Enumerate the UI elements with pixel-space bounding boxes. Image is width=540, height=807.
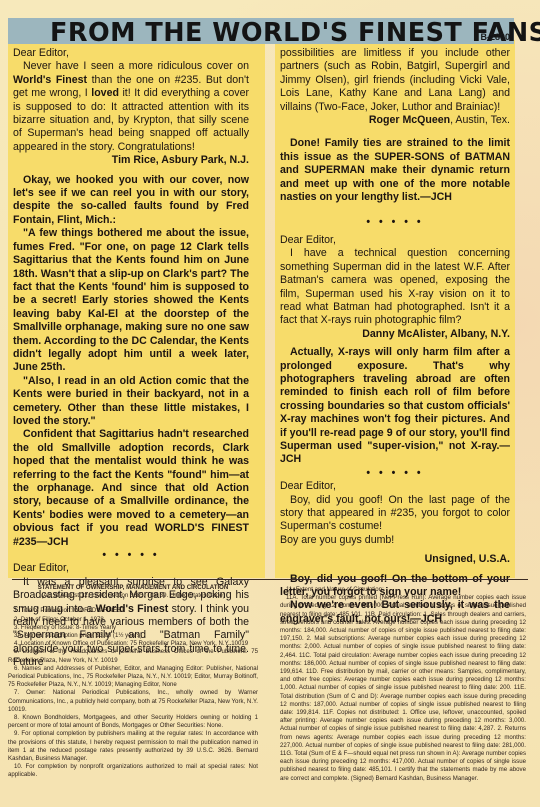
separator-dots: • • • • • [280,216,510,229]
reply3: Actually, X-rays will only harm film aft… [280,346,510,467]
letter4-body2: Boy are you guys dumb! [280,534,510,547]
statement-item: 1. Title of Publication: WORLD'S FINEST [8,607,258,615]
letter4-signature: Unsigned, U.S.A. [280,553,510,566]
statement-subheading: (Act of August 12, 1970: Section 3685. T… [8,592,258,600]
statement-item: 9. For optional completion by publishers… [8,730,258,763]
letter3-signature: Danny McAlister, Albany, N.Y. [280,328,510,341]
comic-letters-page: FROM THE WORLD'S FINEST FANS B-2800 Dear… [0,0,540,807]
letter4-body: Boy, did you goof! On the last page of t… [280,494,510,534]
statement-item: 3. Frequency of Issue: 8-Times Yearly [8,624,258,632]
letter3-body: I have a technical question concerning s… [280,247,510,327]
separator-dots: • • • • • [13,549,249,562]
reply1-answer: Confident that Sagittarius hadn't resear… [13,428,249,549]
letter3-salutation: Dear Editor, [280,234,510,247]
statement-item: 6. Names and Addresses of Publisher, Edi… [8,665,258,690]
letter1-body: Never have I seen a more ridiculous cove… [13,60,249,154]
letter2-salutation: Dear Editor, [13,562,249,575]
letter4-salutation: Dear Editor, [280,480,510,493]
banner-code: B-2800 [480,32,510,42]
reply1-quote1: "A few things bothered me about the issu… [13,227,249,374]
statement-item: 5. Location of the Headquarters or Gener… [8,648,258,664]
statement-item: 4. Location of Known Office of Publicati… [8,640,258,648]
reply1-intro: Okay, we hooked you with our cover, now … [13,174,249,228]
right-column: possibilities are limitless if you inclu… [280,47,510,626]
letter2-continued: possibilities are limitless if you inclu… [280,47,510,114]
reply2: Done! Family ties are strained to the li… [280,137,510,204]
statement-item: 10. For completion by nonprofit organiza… [8,763,258,779]
separator-dots: • • • • • [280,467,510,480]
statement-right: 11. Extent and Nature of Circulation: 11… [280,586,526,783]
section-divider [12,579,528,580]
statement-left: STATEMENT OF OWNERSHIP, MANAGEMENT AND C… [8,584,258,780]
banner-title: FROM THE WORLD'S FINEST FANS [50,20,540,46]
statement-item: 7. Owner: National Periodical Publicatio… [8,689,258,714]
statement-item: 11A. Total number copies printed (Net Pr… [280,594,526,783]
left-column: Dear Editor, Never have I seen a more ri… [13,47,249,670]
letter1-salutation: Dear Editor, [13,47,249,60]
reply1-quote2: "Also, I read in an old Action comic tha… [13,375,249,429]
letters-banner: FROM THE WORLD'S FINEST FANS B-2800 [8,18,514,44]
statement-item: 8. Known Bondholders, Mortgagees, and ot… [8,714,258,730]
statement-item: 2. Date of Filing: October 1, 1978 [8,616,258,624]
statement-heading: STATEMENT OF OWNERSHIP, MANAGEMENT AND C… [8,584,258,592]
letter2-signature: Roger McQueen, Austin, Tex. [280,114,510,127]
letter1-signature: Tim Rice, Asbury Park, N.J. [13,154,249,167]
statement-item: 3A. Annual subscription price: $3.00 (1½… [8,632,258,640]
statement-item: 11. Extent and Nature of Circulation: [280,586,526,594]
